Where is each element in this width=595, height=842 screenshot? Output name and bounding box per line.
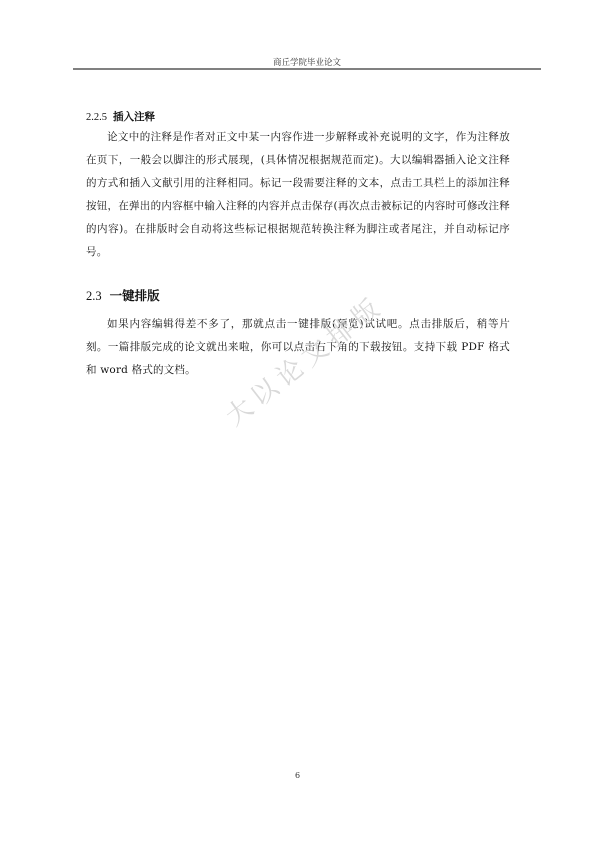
section-number: 2.2.5 (86, 112, 107, 123)
section-heading-2-2-5: 2.2.5插入注释 (86, 109, 155, 124)
page-number: 6 (0, 771, 595, 780)
section-title: 一键排版 (110, 288, 160, 303)
section-title: 插入注释 (113, 111, 155, 123)
page-header-title: 商丘学院毕业论文 (73, 56, 541, 68)
header-divider (73, 68, 541, 70)
section-number: 2.3 (86, 289, 102, 303)
section-heading-2-3: 2.3一键排版 (86, 286, 160, 304)
body-paragraph-annotations: 论文中的注释是作者对正文中某一内容作进一步解释或补充说明的文字，作为注释放在页下… (86, 126, 510, 264)
